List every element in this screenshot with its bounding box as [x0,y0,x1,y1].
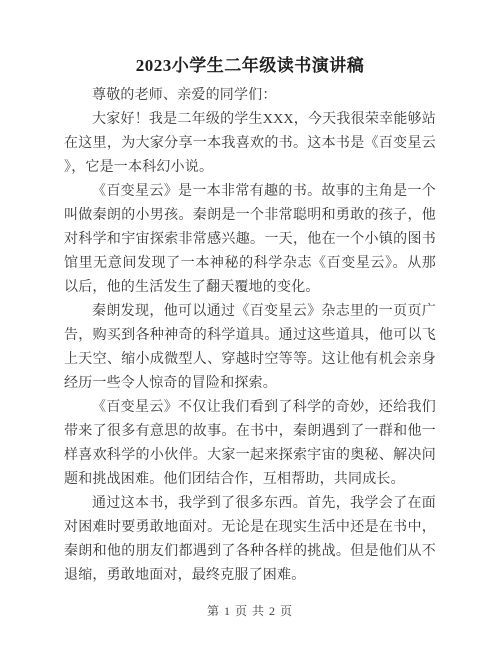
body-paragraph: 《百变星云》不仅让我们看到了科学的奇妙，还给我们带来了很多有意思的故事。在书中，… [64,396,436,492]
document-page: 2023小学生二年级读书演讲稿 尊敬的老师、亲爱的同学们： 大家好！我是二年级的… [0,0,500,647]
body-paragraph: 《百变星云》是一本非常有趣的书。故事的主角是一个叫做秦朗的小男孩。秦朗是一个非常… [64,180,436,300]
body-paragraph: 秦朗发现，他可以通过《百变星云》杂志里的一页页广告，购买到各种神奇的科学道具。通… [64,300,436,396]
document-body: 尊敬的老师、亲爱的同学们： 大家好！我是二年级的学生XXX，今天我很荣幸能够站在… [64,84,436,588]
page-number-label: 第 1 页 共 2 页 [207,604,293,618]
page-number-footer: 第 1 页 共 2 页 [0,604,500,618]
body-paragraph: 大家好！我是二年级的学生XXX，今天我很荣幸能够站在这里，为大家分享一本我喜欢的… [64,108,436,180]
document-title: 2023小学生二年级读书演讲稿 [0,54,500,78]
greeting-line: 尊敬的老师、亲爱的同学们： [64,84,436,108]
body-paragraph: 通过这本书，我学到了很多东西。首先，我学会了在面对困难时要勇敢地面对。无论是在现… [64,492,436,588]
